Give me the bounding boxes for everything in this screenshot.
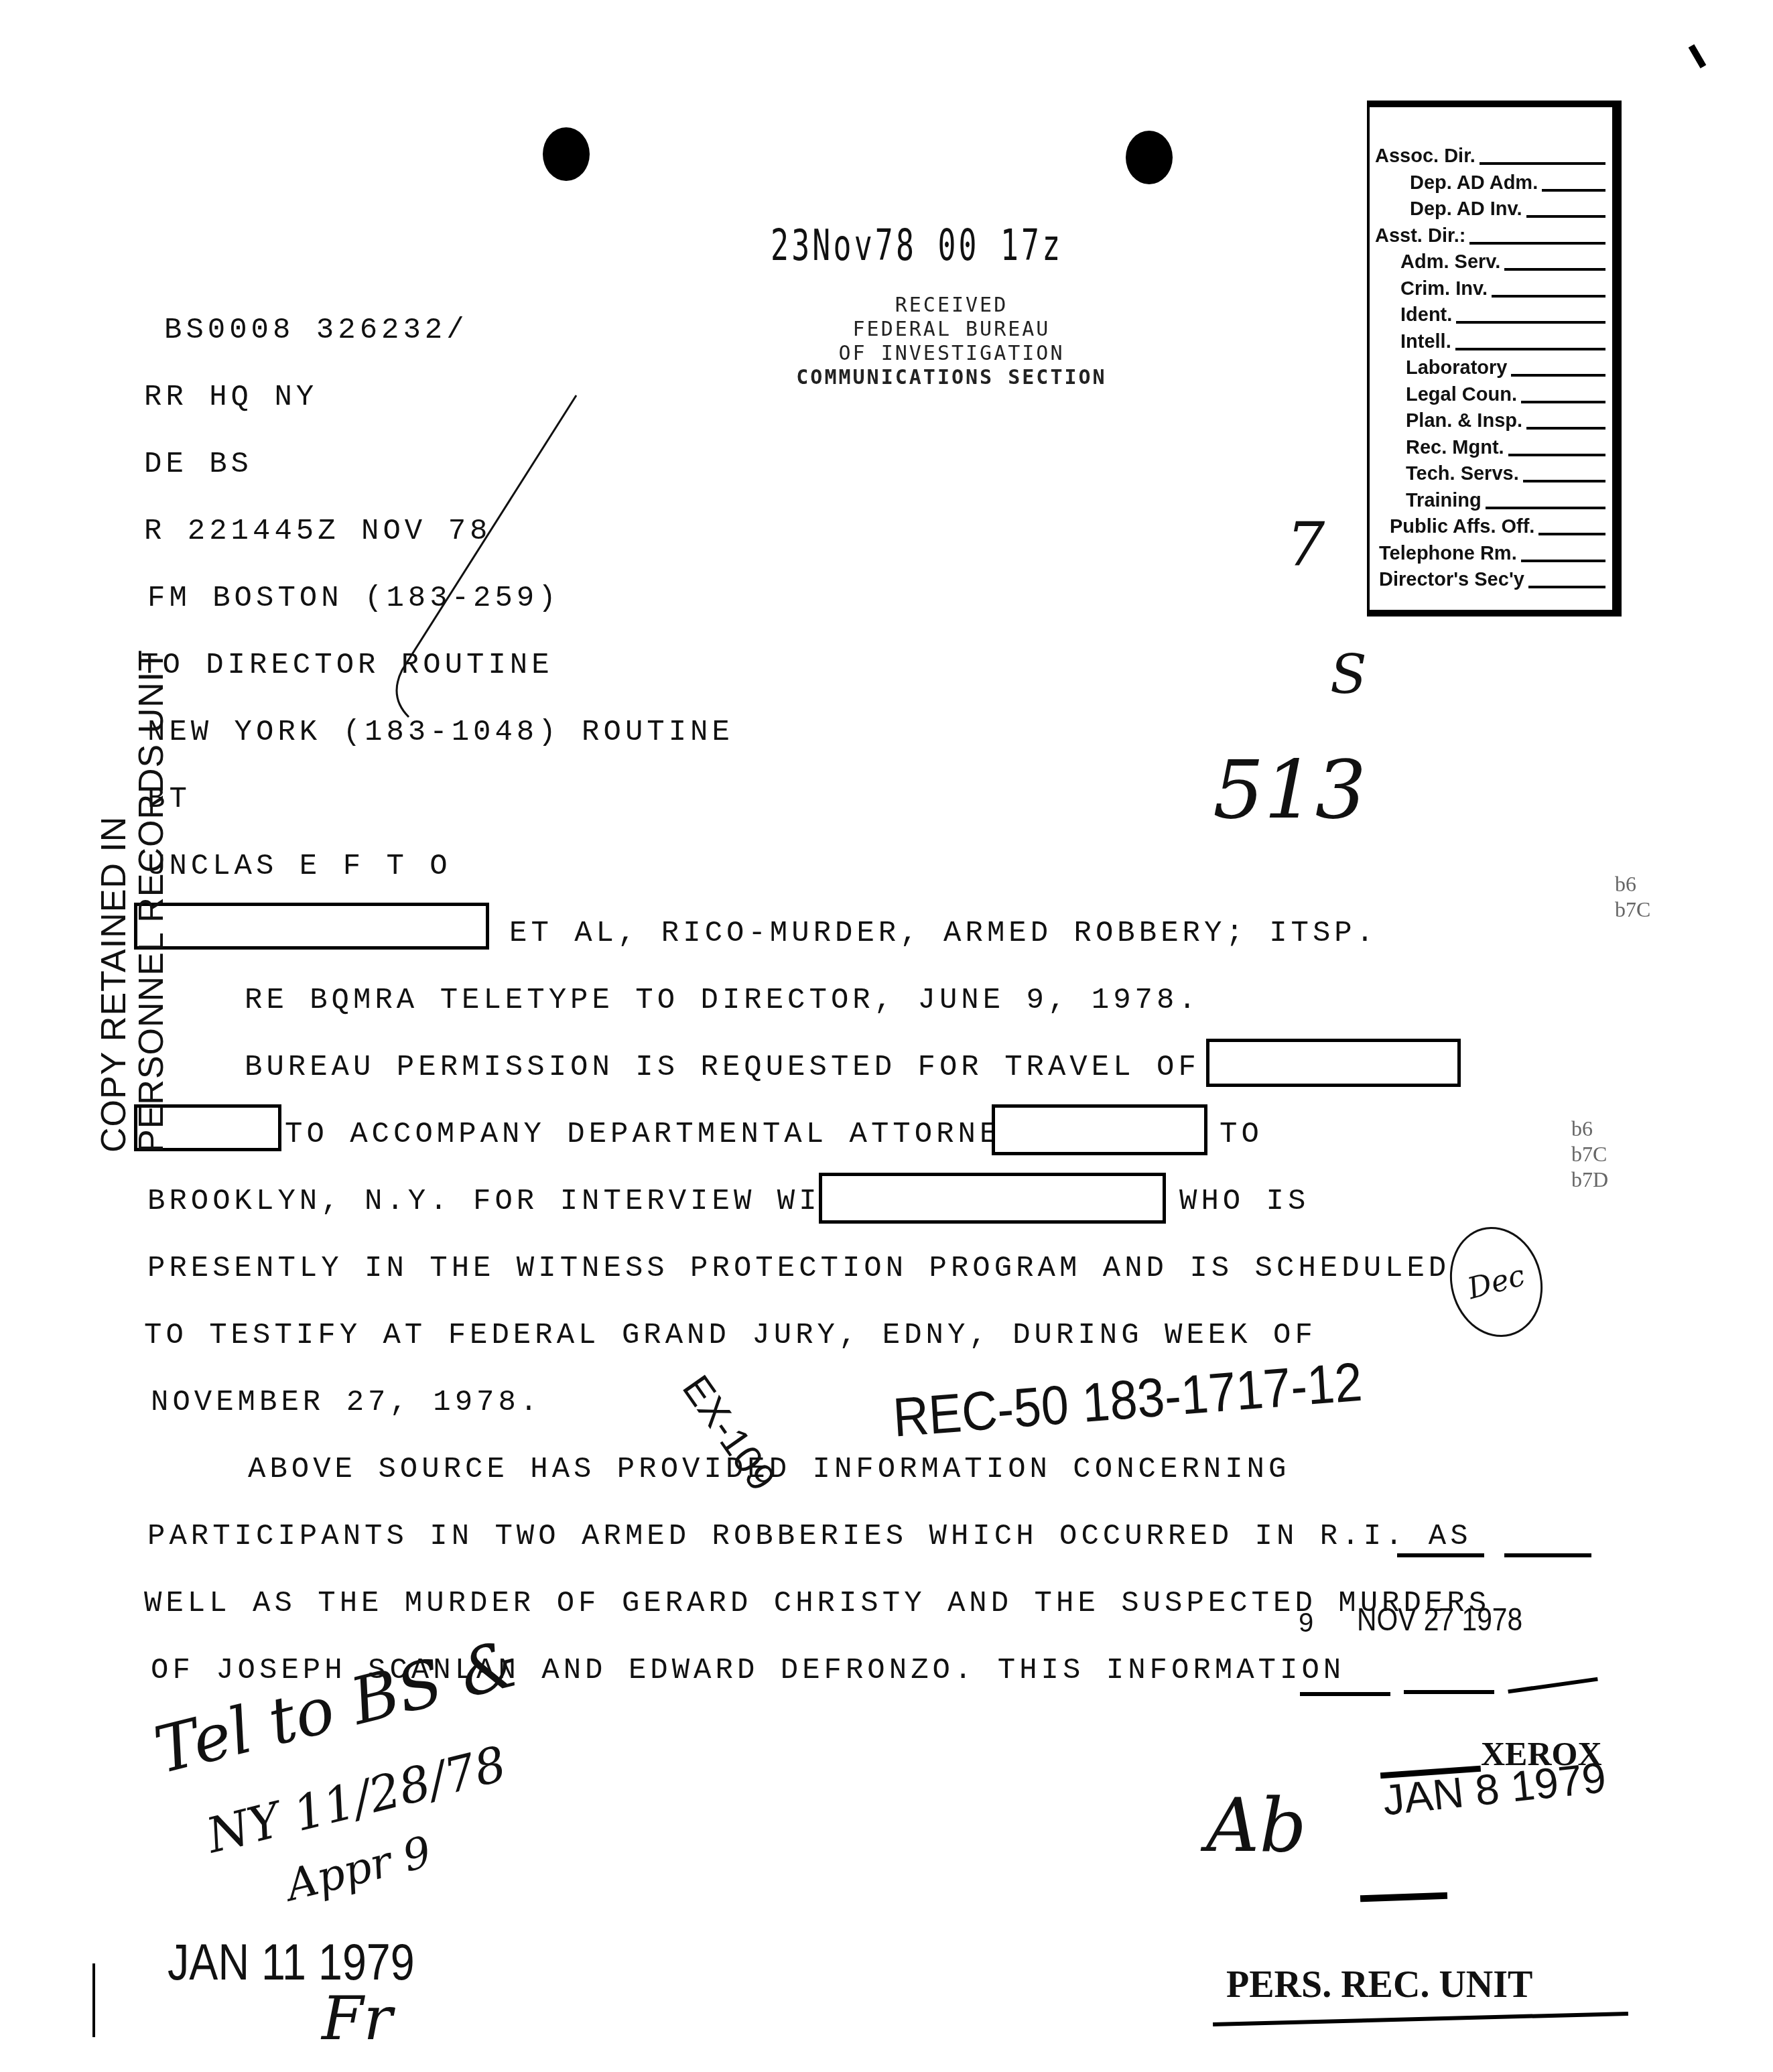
routing-slip-signature-line bbox=[1511, 374, 1605, 377]
side-stamp-line1: COPY RETAINED IN bbox=[94, 816, 134, 1153]
routing-slip-signature-line bbox=[1538, 533, 1605, 535]
underline-mark bbox=[1397, 1553, 1484, 1557]
body-line: TO bbox=[1220, 1118, 1263, 1151]
body-line: TO TESTIFY AT FEDERAL GRAND JURY, EDNY, … bbox=[144, 1319, 1317, 1352]
routing-slip-label: Public Affs. Off. bbox=[1390, 516, 1534, 538]
exemption-code: b6 bbox=[1615, 871, 1650, 897]
routing-slip-signature-line bbox=[1526, 215, 1605, 218]
routing-slip-label: Telephone Rm. bbox=[1379, 543, 1517, 565]
routing-slip-row: Tech. Servs. bbox=[1370, 460, 1605, 485]
routing-slip-signature-line bbox=[1486, 507, 1605, 509]
body-line: TO ACCOMPANY DEPARTMENTAL ATTORNEY bbox=[285, 1118, 1023, 1151]
routing-slip-signature-line bbox=[1523, 480, 1605, 482]
document-page: 23Nov78 00 17z RECEIVED FEDERAL BUREAU O… bbox=[0, 0, 1773, 2072]
subject-line: ET AL, RICO-MURDER, ARMED ROBBERY; ITSP. bbox=[509, 917, 1378, 950]
routing-slip-label: Director's Sec'y bbox=[1379, 569, 1524, 591]
bottom-rule bbox=[1213, 2012, 1628, 2026]
de-line: DE BS bbox=[144, 448, 253, 481]
routing-slip-row: Laboratory bbox=[1370, 354, 1605, 379]
routing-slip-label: Dep. AD Inv. bbox=[1410, 198, 1522, 220]
routing-slip-row: Crim. Inv. bbox=[1370, 275, 1605, 300]
routing-line: RR HQ NY bbox=[144, 381, 318, 414]
body-line: WHO IS bbox=[1179, 1185, 1309, 1218]
classification-line: UNCLAS E F T O bbox=[147, 850, 452, 883]
body-line: WELL AS THE MURDER OF GERARD CHRISTY AND… bbox=[144, 1587, 1490, 1620]
received-stamp: RECEIVED FEDERAL BUREAU OF INVESTIGATION… bbox=[791, 294, 1112, 390]
received-stamp-line: COMMUNICATIONS SECTION bbox=[791, 366, 1112, 390]
exemption-codes: b6 b7C bbox=[1615, 871, 1650, 922]
underline-mark bbox=[1300, 1692, 1390, 1696]
exemption-codes: b6 b7C b7D bbox=[1571, 1116, 1608, 1192]
routing-slip-signature-line bbox=[1455, 348, 1605, 350]
routing-slip-row: Rec. Mgnt. bbox=[1370, 434, 1605, 459]
received-stamp-line: RECEIVED bbox=[791, 294, 1112, 318]
side-stamp-line2: PERSONNEL RECORDS UNIT bbox=[131, 649, 172, 1153]
routing-slip-row: Dep. AD Adm. bbox=[1370, 169, 1605, 194]
routing-slip-row: Plan. & Insp. bbox=[1370, 407, 1605, 432]
routing-slip-signature-line bbox=[1456, 321, 1605, 324]
routing-slip-label: Tech. Servs. bbox=[1406, 463, 1519, 485]
redaction-box bbox=[992, 1104, 1207, 1155]
routing-slip-row: Ident. bbox=[1370, 301, 1605, 326]
body-line: PARTICIPANTS IN TWO ARMED ROBBERIES WHIC… bbox=[147, 1520, 1472, 1553]
received-stamp-line: FEDERAL BUREAU bbox=[791, 318, 1112, 342]
routing-slip-row: Assoc. Dir. bbox=[1370, 142, 1605, 168]
circled-initials: Dec bbox=[1438, 1216, 1555, 1348]
routing-slip-row: Training bbox=[1370, 487, 1605, 512]
left-edge-line bbox=[92, 1963, 95, 2037]
routing-slip-signature-line bbox=[1480, 162, 1605, 165]
header-id: BS0008 326232/ bbox=[164, 314, 468, 347]
routing-slip-label: Intell. bbox=[1400, 331, 1451, 353]
jan-11-stamp: JAN 11 1979 bbox=[168, 1933, 415, 1992]
routing-slip-label: Ident. bbox=[1400, 304, 1452, 326]
exemption-code: b7C bbox=[1571, 1141, 1608, 1167]
redaction-box bbox=[1206, 1039, 1461, 1087]
underline-mark bbox=[1404, 1690, 1494, 1694]
routing-slip-signature-line bbox=[1492, 295, 1605, 298]
xerox-date-stamp: JAN 8 1979 bbox=[1380, 1752, 1608, 1825]
redaction-box bbox=[134, 903, 489, 950]
handwritten-initials-bottom: Fr bbox=[322, 1984, 392, 2054]
routing-slip-row: Asst. Dir.: bbox=[1370, 222, 1605, 247]
routing-slip-signature-line bbox=[1469, 242, 1605, 245]
routing-slip-label: Asst. Dir.: bbox=[1375, 225, 1465, 247]
routing-slip-signature-line bbox=[1504, 268, 1605, 271]
stamp-rule bbox=[1360, 1892, 1447, 1902]
handwritten-7: 7 bbox=[1287, 509, 1325, 580]
exemption-code: b7C bbox=[1615, 897, 1650, 922]
routing-slip-label: Assoc. Dir. bbox=[1375, 145, 1475, 168]
routing-slip-signature-line bbox=[1508, 454, 1605, 456]
routing-slip-label: Crim. Inv. bbox=[1400, 278, 1488, 300]
routing-slip-row: Dep. AD Inv. bbox=[1370, 195, 1605, 220]
corner-mark bbox=[1689, 44, 1707, 68]
routing-slip-signature-line bbox=[1521, 401, 1605, 403]
body-line: NOVEMBER 27, 1978. bbox=[151, 1386, 541, 1419]
underline-mark bbox=[1508, 1677, 1598, 1694]
reference-line: RE BQMRA TELETYPE TO DIRECTOR, JUNE 9, 1… bbox=[245, 984, 1200, 1017]
received-stamp-line: OF INVESTIGATION bbox=[791, 342, 1112, 366]
routing-slip: Assoc. Dir.Dep. AD Adm.Dep. AD Inv.Asst.… bbox=[1367, 101, 1622, 617]
redaction-box bbox=[819, 1173, 1166, 1224]
hole-punch-right bbox=[1126, 131, 1173, 184]
underline-mark bbox=[1504, 1553, 1591, 1557]
routing-slip-signature-line bbox=[1528, 586, 1605, 588]
routing-slip-signature-line bbox=[1526, 427, 1605, 430]
exemption-code: b7D bbox=[1571, 1167, 1608, 1192]
hole-punch-left bbox=[543, 127, 590, 181]
routing-slip-signature-line bbox=[1542, 189, 1605, 192]
routing-slip-label: Legal Coun. bbox=[1406, 384, 1517, 406]
pen-stroke bbox=[348, 389, 590, 724]
body-line: BROOKLYN, N.Y. FOR INTERVIEW WITH bbox=[147, 1185, 864, 1218]
nov-27-stamp: NOV 27 1978 bbox=[1357, 1602, 1522, 1638]
file-number-stamp: REC-50 183-1717-12 bbox=[891, 1351, 1364, 1450]
body-line: PRESENTLY IN THE WITNESS PROTECTION PROG… bbox=[147, 1252, 1450, 1285]
handwritten-initials-right: Ab bbox=[1206, 1783, 1307, 1868]
circled-initials-text: Dec bbox=[1464, 1258, 1528, 1306]
routing-slip-row: Public Affs. Off. bbox=[1370, 513, 1605, 538]
routing-slip-row: Director's Sec'y bbox=[1370, 566, 1605, 591]
routing-slip-label: Adm. Serv. bbox=[1400, 251, 1500, 273]
nov-27-stamp-prefix: 9 bbox=[1299, 1608, 1313, 1638]
routing-slip-row: Adm. Serv. bbox=[1370, 248, 1605, 273]
body-line: BUREAU PERMISSION IS REQUESTED FOR TRAVE… bbox=[245, 1051, 1265, 1084]
handwritten-initials: S bbox=[1330, 643, 1367, 706]
routing-slip-label: Laboratory bbox=[1406, 357, 1507, 379]
routing-slip-signature-line bbox=[1521, 560, 1605, 562]
routing-slip-row: Intell. bbox=[1370, 328, 1605, 353]
received-datetime-stamp: 23Nov78 00 17z bbox=[771, 221, 1063, 271]
routing-slip-label: Training bbox=[1406, 490, 1482, 512]
exemption-code: b6 bbox=[1571, 1116, 1608, 1141]
routing-slip-row: Telephone Rm. bbox=[1370, 539, 1605, 565]
handwritten-513: 513 bbox=[1213, 744, 1366, 837]
routing-slip-label: Dep. AD Adm. bbox=[1410, 172, 1538, 194]
pers-rec-unit-stamp: PERS. REC. UNIT bbox=[1226, 1963, 1532, 2006]
routing-slip-label: Plan. & Insp. bbox=[1406, 410, 1522, 432]
routing-slip-row: Legal Coun. bbox=[1370, 381, 1605, 406]
routing-slip-label: Rec. Mgnt. bbox=[1406, 437, 1504, 459]
